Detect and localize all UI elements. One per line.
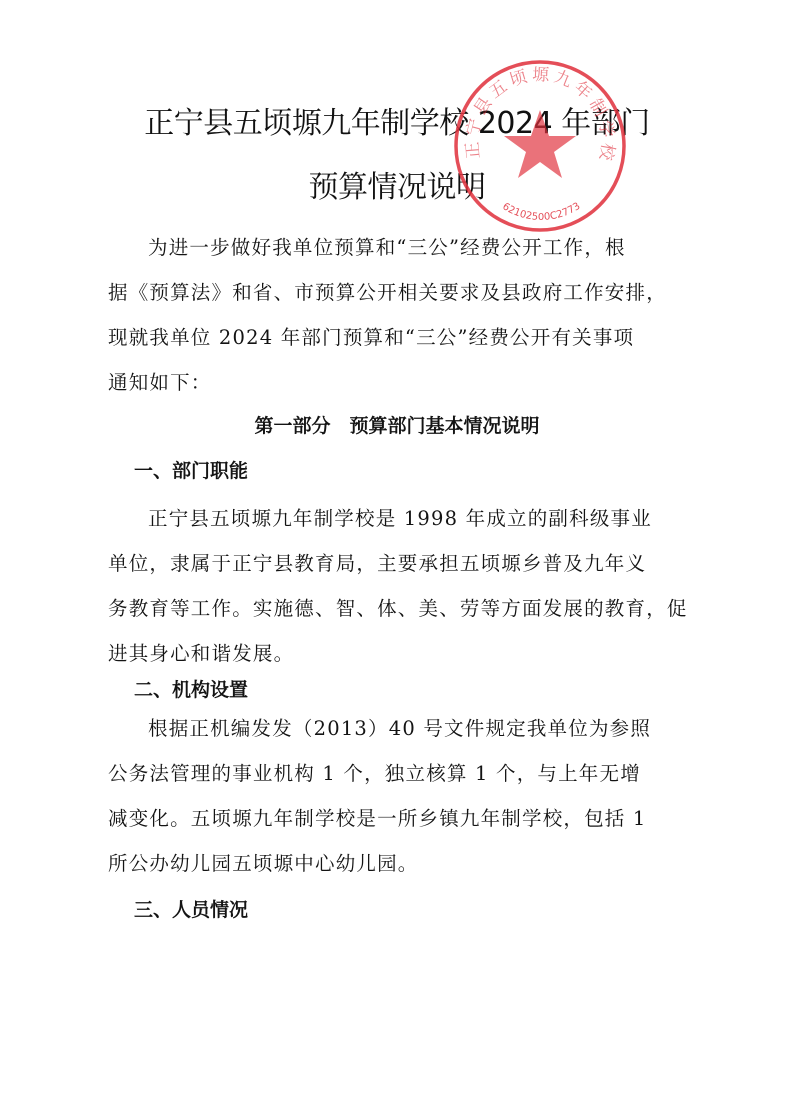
body-line: 务教育等工作。实施德、智、体、美、劳等方面发展的教育，促 [108,586,690,631]
svg-text:62102500C2773: 62102500C2773 [500,201,582,223]
body-line: 所公办幼儿园五顷塬中心幼儿园。 [108,841,690,886]
part1-heading: 第一部分 预算部门基本情况说明 [0,411,794,438]
section-heading-organization: 二、机构设置 [134,675,248,702]
body-line: 减变化。五顷塬九年制学校是一所乡镇九年制学校，包括 1 [108,796,690,841]
intro-line: 通知如下： [108,360,690,405]
section-functions-body: 正宁县五顷塬九年制学校是 1998 年成立的副科级事业 单位，隶属于正宁县教育局… [108,496,690,676]
document-title-line2: 预算情况说明 [0,162,794,206]
section-organization-body: 根据正机编发发（2013）40 号文件规定我单位为参照 公务法管理的事业机构 1… [108,706,690,886]
document-title-line1: 正宁县五顷塬九年制学校 2024 年部门 [0,98,794,142]
star-icon [504,110,576,178]
body-line: 单位，隶属于正宁县教育局，主要承担五顷塬乡普及九年义 [108,541,690,586]
body-line: 正宁县五顷塬九年制学校是 1998 年成立的副科级事业 [108,496,690,541]
body-line: 公务法管理的事业机构 1 个，独立核算 1 个，与上年无增 [108,751,690,796]
body-line: 根据正机编发发（2013）40 号文件规定我单位为参照 [108,706,690,751]
body-line: 进其身心和谐发展。 [108,631,690,676]
stamp-code: 62102500C2773 [500,201,582,223]
section-heading-staffing: 三、人员情况 [134,895,248,922]
official-seal-stamp: 正宁县五顷塬九年制学校 62102500C2773 [452,58,628,234]
intro-paragraph: 为进一步做好我单位预算和“三公”经费公开工作，根 据《预算法》和省、市预算公开相… [108,225,690,405]
intro-line: 现就我单位 2024 年部门预算和“三公”经费公开有关事项 [108,315,690,360]
intro-line: 据《预算法》和省、市预算公开相关要求及县政府工作安排， [108,270,690,315]
section-heading-functions: 一、部门职能 [134,456,248,483]
